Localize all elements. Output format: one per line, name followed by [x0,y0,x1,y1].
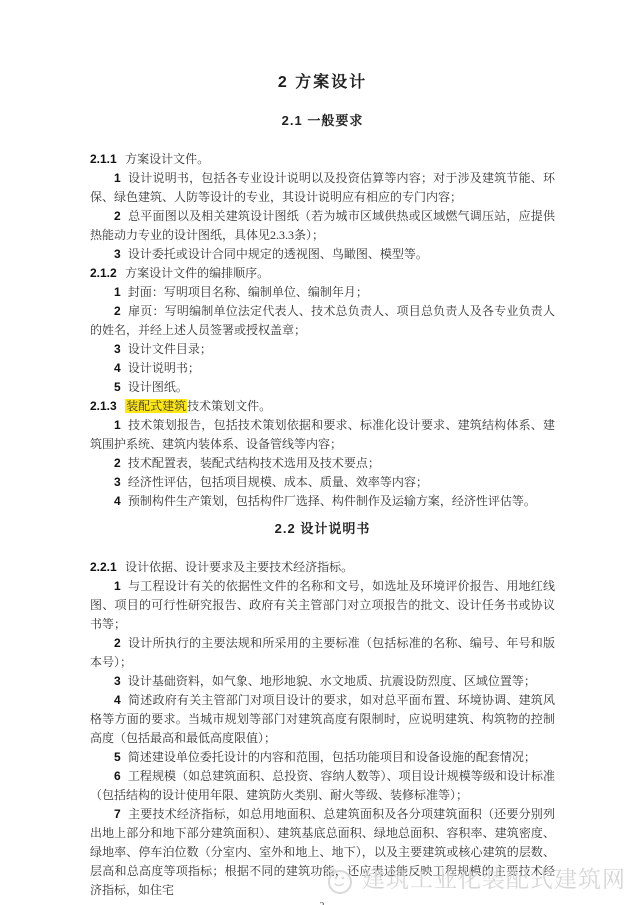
clause-item: 3设计文件目录； [90,340,555,359]
item-text: 简述政府有关主管部门对项目设计的要求，如对总平面布置、环境协调、建筑风格等方面的… [90,693,555,745]
clause-heading-2-1-2: 2.1.2方案设计文件的编排顺序。 [90,264,555,283]
item-number: 4 [114,693,121,707]
item-number: 2 [114,304,121,318]
item-text: 设计所执行的主要法规和所采用的主要标准（包括标准的名称、编号、年号和版本号）； [90,636,555,669]
item-number: 7 [114,807,121,821]
item-text: 与工程设计有关的依据性文件的名称和文号，如选址及环境评价报告、用地红线图、项目的… [90,579,555,631]
clause-item: 3经济性评估，包括项目规模、成本、质量、效率等内容； [90,473,555,492]
clause-item: 4设计说明书； [90,359,555,378]
item-text: 总平面图以及相关建筑设计图纸（若为城市区域供热或区域燃气调压站，应提供热能动力专… [90,209,555,242]
clause-item: 4简述政府有关主管部门对项目设计的要求，如对总平面布置、环境协调、建筑风格等方面… [90,691,555,748]
clause-label: 2.1.2 [90,266,117,280]
item-text: 设计委托或设计合同中规定的透视图、鸟瞰图、模型等。 [128,247,428,261]
item-number: 1 [114,171,121,185]
clause-item: 1封面：写明项目名称、编制单位、编制年月； [90,283,555,302]
item-text: 技术策划报告，包括技术策划依据和要求、标准化设计要求、建筑结构体系、建筑围护系统… [90,418,555,451]
item-number: 3 [114,475,121,489]
chapter-title: 2 方案设计 [90,74,555,92]
item-text: 扉页：写明编制单位法定代表人、技术总负责人、项目总负责人及各专业负责人的姓名，并… [90,304,555,337]
item-number: 2 [114,636,121,650]
clause-item: 2总平面图以及相关建筑设计图纸（若为城市区域供热或区域燃气调压站，应提供热能动力… [90,207,555,245]
clause-item: 1设计说明书，包括各专业设计说明以及投资估算等内容；对于涉及建筑节能、环保、绿色… [90,169,555,207]
item-number: 3 [114,247,121,261]
document-page: 2 方案设计 2.1 一般要求 2.1.1方案设计文件。 1设计说明书，包括各专… [0,0,640,905]
item-number: 6 [114,769,121,783]
item-text: 封面：写明项目名称、编制单位、编制年月； [128,285,368,299]
page-content: 2 方案设计 2.1 一般要求 2.1.1方案设计文件。 1设计说明书，包括各专… [0,0,640,905]
watermark-text: 建筑工业化装配式建筑网 [362,867,626,893]
item-number: 1 [114,285,121,299]
item-text: 设计说明书，包括各专业设计说明以及投资估算等内容；对于涉及建筑节能、环保、绿色建… [90,171,555,204]
item-text: 工程规模（如总建筑面积、总投资、容纳人数等）、项目设计规模等级和设计标准（包括结… [90,769,555,802]
item-number: 3 [114,342,121,356]
clause-label: 2.1.1 [90,152,117,166]
item-number: 5 [114,750,121,764]
clause-item: 3设计委托或设计合同中规定的透视图、鸟瞰图、模型等。 [90,245,555,264]
clause-item: 3设计基础资料，如气象、地形地貌、水文地质、抗震设防烈度、区域位置等； [90,672,555,691]
item-text: 预制构件生产策划，包括构件厂选择、构件制作及运输方案，经济性评估等。 [128,494,536,508]
clause-item: 2设计所执行的主要法规和所采用的主要标准（包括标准的名称、编号、年号和版本号）； [90,634,555,672]
section-heading-2-1: 2.1 一般要求 [90,113,555,128]
item-number: 3 [114,674,121,688]
item-number: 2 [114,209,121,223]
clause-item: 1技术策划报告，包括技术策划依据和要求、标准化设计要求、建筑结构体系、建筑围护系… [90,416,555,454]
clause-heading-2-1-3: 2.1.3装配式建筑技术策划文件。 [90,397,555,416]
section-heading-2-2: 2.2 设计说明书 [90,521,555,536]
item-number: 5 [114,380,121,394]
item-number: 1 [114,418,121,432]
clause-title: 技术策划文件。 [187,399,271,413]
clause-item: 1与工程设计有关的依据性文件的名称和文号，如选址及环境评价报告、用地红线图、项目… [90,577,555,634]
clause-item: 2技术配置表，装配式结构技术选用及技术要点； [90,454,555,473]
watermark-logo-icon [322,863,356,897]
clause-item: 2扉页：写明编制单位法定代表人、技术总负责人、项目总负责人及各专业负责人的姓名，… [90,302,555,340]
clause-item: 5设计图纸。 [90,378,555,397]
item-number: 1 [114,579,121,593]
clause-item: 5简述建设单位委托设计的内容和范围，包括功能项目和设备设施的配套情况； [90,748,555,767]
clause-title: 方案设计文件的编排顺序。 [125,266,269,280]
item-text: 设计基础资料，如气象、地形地貌、水文地质、抗震设防烈度、区域位置等； [128,674,536,688]
clause-heading-2-1-1: 2.1.1方案设计文件。 [90,150,555,169]
clause-item: 4预制构件生产策划，包括构件厂选择、构件制作及运输方案，经济性评估等。 [90,492,555,511]
clause-label: 2.2.1 [90,560,117,574]
item-text: 设计图纸。 [128,380,188,394]
highlighted-text: 装配式建筑 [125,399,187,413]
item-text: 设计说明书； [128,361,200,375]
clause-heading-2-2-1: 2.2.1设计依据、设计要求及主要技术经济指标。 [90,558,555,577]
item-number: 4 [114,494,121,508]
page-number: - 2 - [90,901,555,905]
item-text: 设计文件目录； [128,342,212,356]
item-text: 技术配置表，装配式结构技术选用及技术要点； [128,456,380,470]
item-text: 经济性评估，包括项目规模、成本、质量、效率等内容； [128,475,428,489]
item-number: 4 [114,361,121,375]
item-text: 简述建设单位委托设计的内容和范围，包括功能项目和设备设施的配套情况； [128,750,536,764]
clause-item: 6工程规模（如总建筑面积、总投资、容纳人数等）、项目设计规模等级和设计标准（包括… [90,767,555,805]
watermark: 建筑工业化装配式建筑网 [322,863,626,897]
clause-title: 设计依据、设计要求及主要技术经济指标。 [125,560,353,574]
item-number: 2 [114,456,121,470]
clause-label: 2.1.3 [90,399,117,413]
clause-title: 方案设计文件。 [125,152,209,166]
